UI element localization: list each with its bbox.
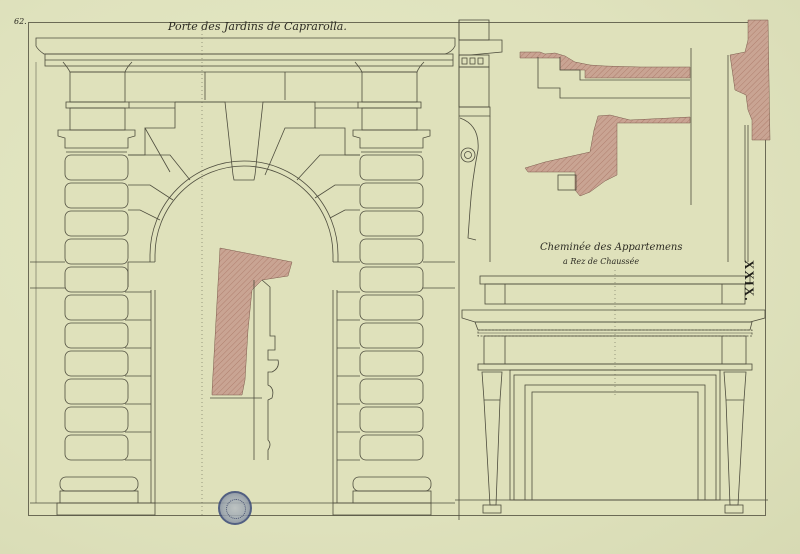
gate-elevation — [30, 30, 455, 515]
drawing-sheet: 62. — [0, 0, 800, 554]
library-stamp-icon — [218, 491, 252, 525]
chimneypiece-elevation — [455, 20, 770, 520]
chimneypiece-title-line2: a Rez de Chaussée — [563, 257, 639, 266]
chimneypiece-title-line1: Cheminée des Appartemens — [540, 242, 682, 253]
stamp-inner-ring — [226, 499, 246, 519]
gate-title: Porte des Jardins de Caprarolla. — [168, 20, 347, 33]
architectural-drawing — [0, 0, 800, 554]
plate-number: XXIX. — [741, 260, 757, 301]
